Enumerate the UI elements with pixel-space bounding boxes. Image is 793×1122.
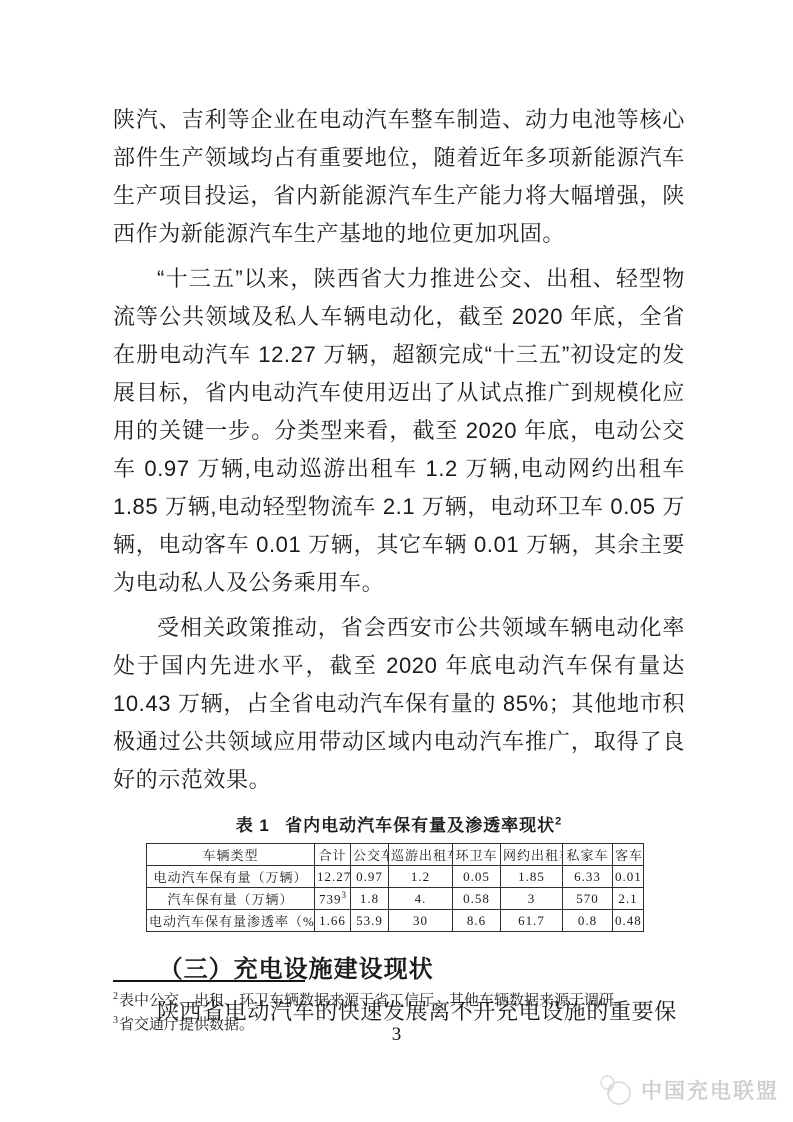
table-cell: 1.2: [389, 866, 453, 888]
table-cell: 0.48: [613, 910, 644, 932]
table-cell: 12.27: [315, 866, 351, 888]
column-header: 网约出租车: [501, 844, 563, 866]
table-cell: 0.97: [351, 866, 389, 888]
page-number: 3: [0, 1024, 793, 1046]
footnote-separator: [113, 980, 305, 982]
table-cell: 0.58: [453, 888, 501, 910]
table-cell: 6.33: [563, 866, 613, 888]
table-row: 电动汽车保有量（万辆） 12.27 0.97 1.2 0.05 1.85 6.3…: [147, 866, 644, 888]
column-header: 车辆类型: [147, 844, 315, 866]
table-cell: 53.9: [351, 910, 389, 932]
row-label: 电动汽车保有量（万辆）: [147, 866, 315, 888]
table-row: 电动汽车保有量渗透率（%） 1.66 53.9 30 8.6 61.7 0.8 …: [147, 910, 644, 932]
table-caption-footnote-ref: 2: [555, 815, 562, 827]
table-cell: 61.7: [501, 910, 563, 932]
row-label: 汽车保有量（万辆）: [147, 888, 315, 910]
vehicle-stats-table: 车辆类型 合计 公交车 巡游出租车 环卫车 网约出租车 私家车 客车 电动汽车保…: [146, 843, 644, 932]
table-header-row: 车辆类型 合计 公交车 巡游出租车 环卫车 网约出租车 私家车 客车: [147, 844, 644, 866]
footnote-text: 表中公交、出租、环卫车辆数据来源于省工信厅，其他车辆数据来源于调研。: [119, 993, 629, 1009]
charging-alliance-logo-icon: [598, 1074, 634, 1106]
body-paragraph: “十三五”以来，陕西省大力推进公交、出租、轻型物流等公共领域及私人车辆电动化，截…: [113, 260, 685, 602]
column-header: 环卫车: [453, 844, 501, 866]
footnote-marker: 2: [113, 991, 118, 1002]
table-cell: 8.6: [453, 910, 501, 932]
column-header: 合计: [315, 844, 351, 866]
table-cell: 7393: [315, 888, 351, 910]
watermark: 中国充电联盟: [598, 1074, 779, 1106]
footnote: 2表中公交、出租、环卫车辆数据来源于省工信厅，其他车辆数据来源于调研。: [113, 987, 685, 1011]
table-row: 汽车保有量（万辆） 7393 1.8 4. 0.58 3 570 2.1: [147, 888, 644, 910]
body-paragraph: 受相关政策推动，省会西安市公共领域车辆电动化率处于国内先进水平，截至 2020 …: [113, 609, 685, 799]
column-header: 巡游出租车: [389, 844, 453, 866]
table-cell: 1.8: [351, 888, 389, 910]
column-header: 私家车: [563, 844, 613, 866]
table-cell: 570: [563, 888, 613, 910]
section-heading: （三）充电设施建设现状: [113, 949, 685, 984]
table-cell: 1.66: [315, 910, 351, 932]
table-cell: 0.05: [453, 866, 501, 888]
table-caption-label: 表 1: [236, 816, 270, 835]
page-content: 陕汽、吉利等企业在电动汽车整车制造、动力电池等核心部件生产领域均占有重要地位，随…: [113, 101, 685, 1038]
row-label: 电动汽车保有量渗透率（%）: [147, 910, 315, 932]
cell-footnote-ref: 3: [342, 890, 347, 900]
table-cell: 30: [389, 910, 453, 932]
watermark-brand-text: 中国充电联盟: [641, 1075, 779, 1105]
table-cell: 4.: [389, 888, 453, 910]
table-caption: 表 1省内电动汽车保有量及渗透率现状2: [113, 811, 685, 836]
document-page: { "document": { "paragraphs": { "p1": "陕…: [0, 0, 793, 1122]
body-paragraph: 陕汽、吉利等企业在电动汽车整车制造、动力电池等核心部件生产领域均占有重要地位，随…: [113, 101, 685, 253]
table-caption-title: 省内电动汽车保有量及渗透率现状: [285, 816, 555, 835]
table-cell: 0.8: [563, 910, 613, 932]
column-header: 公交车: [351, 844, 389, 866]
table-cell: 3: [501, 888, 563, 910]
table-cell: 2.1: [613, 888, 644, 910]
table-cell: 0.01: [613, 866, 644, 888]
table-cell: 1.85: [501, 866, 563, 888]
column-header: 客车: [613, 844, 644, 866]
